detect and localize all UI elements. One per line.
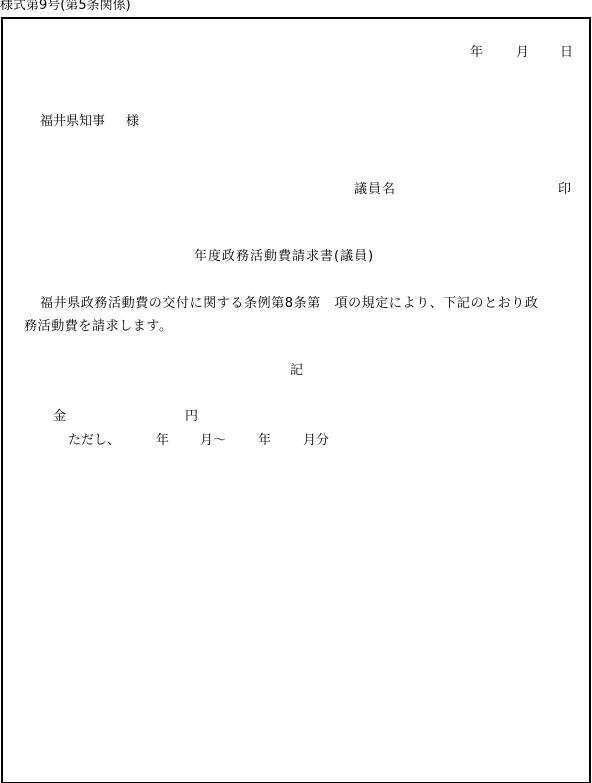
- date-year-label: 年: [470, 45, 483, 61]
- addressee-honorific: 様: [126, 114, 139, 130]
- addressee-name: 福井県知事: [40, 114, 105, 130]
- amount-unit: 円: [185, 409, 198, 425]
- body-text-line-1: 福井県政務活動費の交付に関する条例第8条第 項の規定により、下記のとおり政: [40, 296, 538, 312]
- date-month-label: 月: [516, 45, 529, 61]
- period-start-year: 年: [156, 433, 169, 449]
- document-title: 年度政務活動費請求書(議員): [194, 249, 374, 265]
- form-number-label: 様式第9号(第5条関係): [0, 0, 131, 14]
- body-text-line-2: 務活動費を請求します。: [24, 319, 173, 335]
- seal-mark: 印: [558, 182, 571, 198]
- document-frame: [1, 17, 591, 783]
- period-end-year: 年: [258, 433, 271, 449]
- date-day-label: 日: [560, 45, 573, 61]
- period-start-month: 月～: [200, 433, 226, 449]
- period-prefix: ただし、: [68, 433, 120, 449]
- ki-heading: 記: [290, 363, 303, 379]
- period-end-month: 月分: [303, 433, 329, 449]
- amount-prefix: 金: [53, 409, 66, 425]
- member-name-label: 議員名: [354, 182, 396, 198]
